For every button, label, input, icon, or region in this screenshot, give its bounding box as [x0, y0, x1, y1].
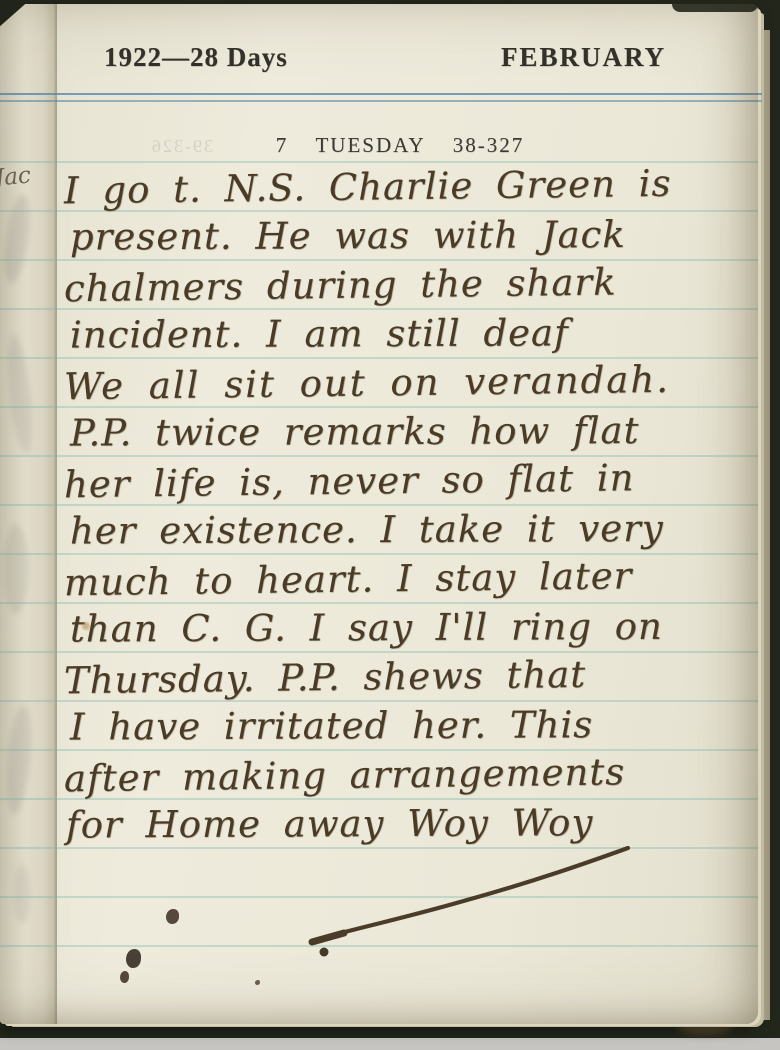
entry-line: incident. I am still deaf: [70, 308, 756, 360]
entry-line: her life is, never so flat in: [64, 452, 757, 509]
entry-line: after making arrangements: [64, 746, 757, 803]
entry-line: chalmers during the shark: [64, 256, 757, 313]
entry-line: P.P. twice remarks how flat: [70, 406, 756, 458]
diary-photograph: 1922—28 Days FEBRUARY 39-326 7 TUESDAY 3…: [0, 0, 780, 1050]
handwritten-entry: I go t. N.S. Charlie Green ispresent. He…: [64, 162, 756, 848]
entry-line: Thursday. P.P. shews that: [64, 648, 757, 705]
facing-page-ink: Jac: [0, 162, 32, 191]
rust-stain: [82, 622, 90, 630]
entry-line: than C. G. I say I'll ring on: [70, 602, 756, 654]
year-days-label: 1922—28 Days: [104, 42, 288, 73]
date-line: 7 TUESDAY 38-327: [130, 133, 670, 158]
day-number: 7: [276, 133, 289, 157]
ink-blot: [166, 909, 179, 924]
entry-line: I have irritated her. This: [70, 700, 756, 752]
day-count: 38-327: [453, 133, 525, 157]
entry-line: her existence. I take it very: [70, 504, 756, 556]
weekday-label: TUESDAY: [315, 133, 425, 157]
entry-line: much to heart. I stay later: [64, 550, 757, 607]
month-label: FEBRUARY: [501, 42, 666, 73]
entry-line: I go t. N.S. Charlie Green is: [64, 158, 757, 215]
header-rule-top: [0, 93, 762, 95]
header-rule-bottom: [0, 100, 762, 102]
ink-blot: [120, 971, 129, 983]
entry-line: present. He was with Jack: [70, 210, 756, 262]
full-stop-dot: [320, 948, 329, 957]
flourish-stroke: [300, 840, 640, 962]
diary-page: 1922—28 Days FEBRUARY 39-326 7 TUESDAY 3…: [0, 4, 758, 1024]
entry-line: We all sit out on verandah.: [64, 354, 757, 411]
printed-header: 1922—28 Days FEBRUARY: [0, 42, 758, 76]
ink-blot: [126, 949, 141, 968]
ink-blot: [255, 980, 260, 985]
cover-corner-top-right: [672, 0, 758, 12]
